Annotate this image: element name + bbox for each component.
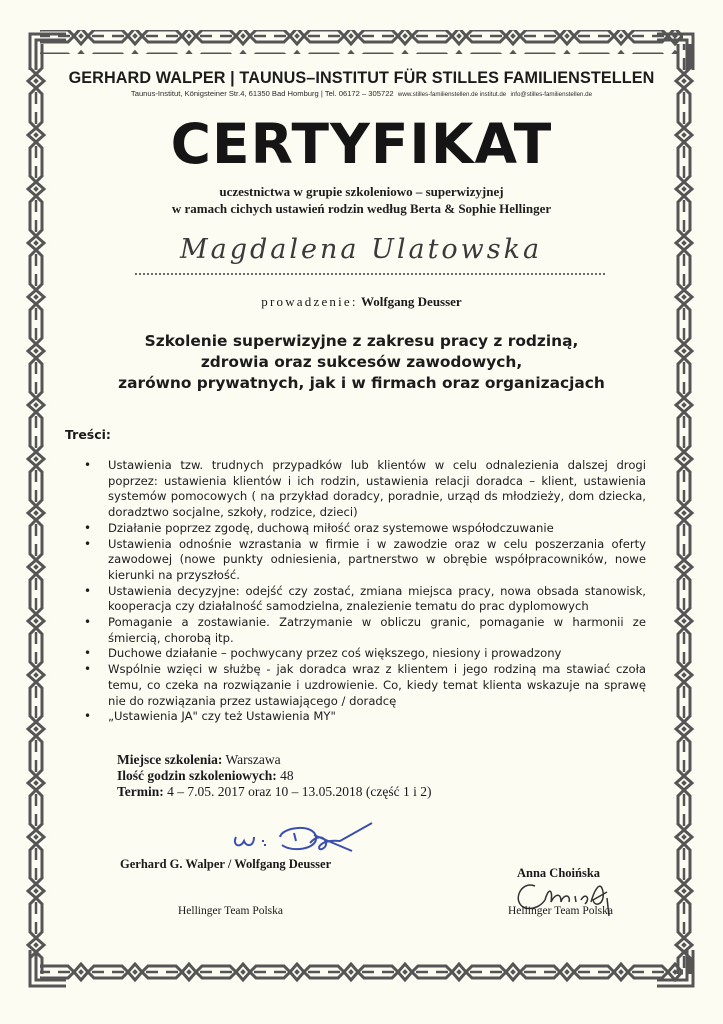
- list-item: •Ustawienia tzw. trudnych przypadków lub…: [108, 458, 646, 521]
- participant-name: Magdalena Ulatowska: [180, 234, 542, 265]
- bullet-icon: •: [84, 458, 91, 474]
- signature-left-icon: [222, 815, 392, 860]
- course-line-3: zarówno prywatnych, jak i w firmach oraz…: [0, 373, 723, 394]
- header-email: info@stilles-familienstellen.de: [510, 91, 592, 98]
- list-item: •Działanie poprzez zgodę, duchową miłość…: [108, 521, 646, 537]
- training-dates: Termin: 4 – 7.05. 2017 oraz 10 – 13.05.2…: [117, 784, 431, 800]
- contents-heading: Treści:: [65, 427, 111, 442]
- bullet-icon: •: [84, 521, 91, 537]
- course-line-2: zdrowia oraz sukcesów zawodowych,: [0, 352, 723, 373]
- header-website: www.stilles-familienstellen.de institut.…: [398, 91, 506, 98]
- list-item: •Duchowe działanie – pochwycany przez co…: [108, 646, 646, 662]
- training-place: Miejsce szkolenia: Warszawa: [117, 752, 431, 768]
- bullet-icon: •: [84, 537, 91, 553]
- institute-header: GERHARD WALPER | TAUNUS–INSTITUT FÜR STI…: [0, 69, 723, 88]
- course-title: Szkolenie superwizyjne z zakresu pracy z…: [0, 331, 723, 394]
- contents-list: •Ustawienia tzw. trudnych przypadków lub…: [108, 458, 646, 725]
- training-hours: Ilość godzin szkoleniowych: 48: [117, 768, 431, 784]
- bullet-icon: •: [84, 662, 91, 678]
- training-details: Miejsce szkolenia: Warszawa Ilość godzin…: [117, 752, 431, 800]
- leader-label: prowadzenie:: [261, 294, 357, 309]
- header-address: Taunus-Institut, Königsteiner Str.4, 613…: [131, 89, 394, 98]
- leader-line: prowadzenie: Wolfgang Deusser: [0, 294, 723, 310]
- list-item: •„Ustawienia JA" czy też Ustawienia MY": [108, 709, 646, 725]
- certificate-title: CERTYFIKAT: [0, 112, 723, 176]
- bullet-icon: •: [84, 709, 91, 725]
- organization-left: Hellinger Team Polska: [178, 905, 283, 917]
- list-item: •Ustawienia decyzyjne: odejść czy zostać…: [108, 584, 646, 615]
- leader-name: Wolfgang Deusser: [361, 294, 462, 309]
- signatories-left: Gerhard G. Walper / Wolfgang Deusser: [120, 857, 331, 872]
- bullet-icon: •: [84, 646, 91, 662]
- list-item: •Pomaganie a zostawianie. Zatrzymanie w …: [108, 615, 646, 646]
- header-institute: TAUNUS–INSTITUT FÜR STILLES FAMILIENSTEL…: [239, 69, 654, 87]
- header-name: GERHARD WALPER: [69, 69, 226, 87]
- bullet-icon: •: [84, 615, 91, 631]
- list-item: •Ustawienia odnośnie wzrastania w firmie…: [108, 537, 646, 584]
- course-line-1: Szkolenie superwizyjne z zakresu pracy z…: [0, 331, 723, 352]
- bullet-icon: •: [84, 584, 91, 600]
- organization-right: Hellinger Team Polska: [508, 905, 613, 917]
- certificate-subtitle-1: uczestnictwa w grupie szkoleniowo – supe…: [0, 184, 723, 200]
- certificate-subtitle-2: w ramach cichych ustawień rodzin według …: [0, 201, 723, 217]
- institute-contact: Taunus-Institut, Königsteiner Str.4, 613…: [0, 89, 723, 98]
- list-item: •Wspólnie wzięci w służbę - jak doradca …: [108, 662, 646, 709]
- header-separator: |: [230, 69, 235, 87]
